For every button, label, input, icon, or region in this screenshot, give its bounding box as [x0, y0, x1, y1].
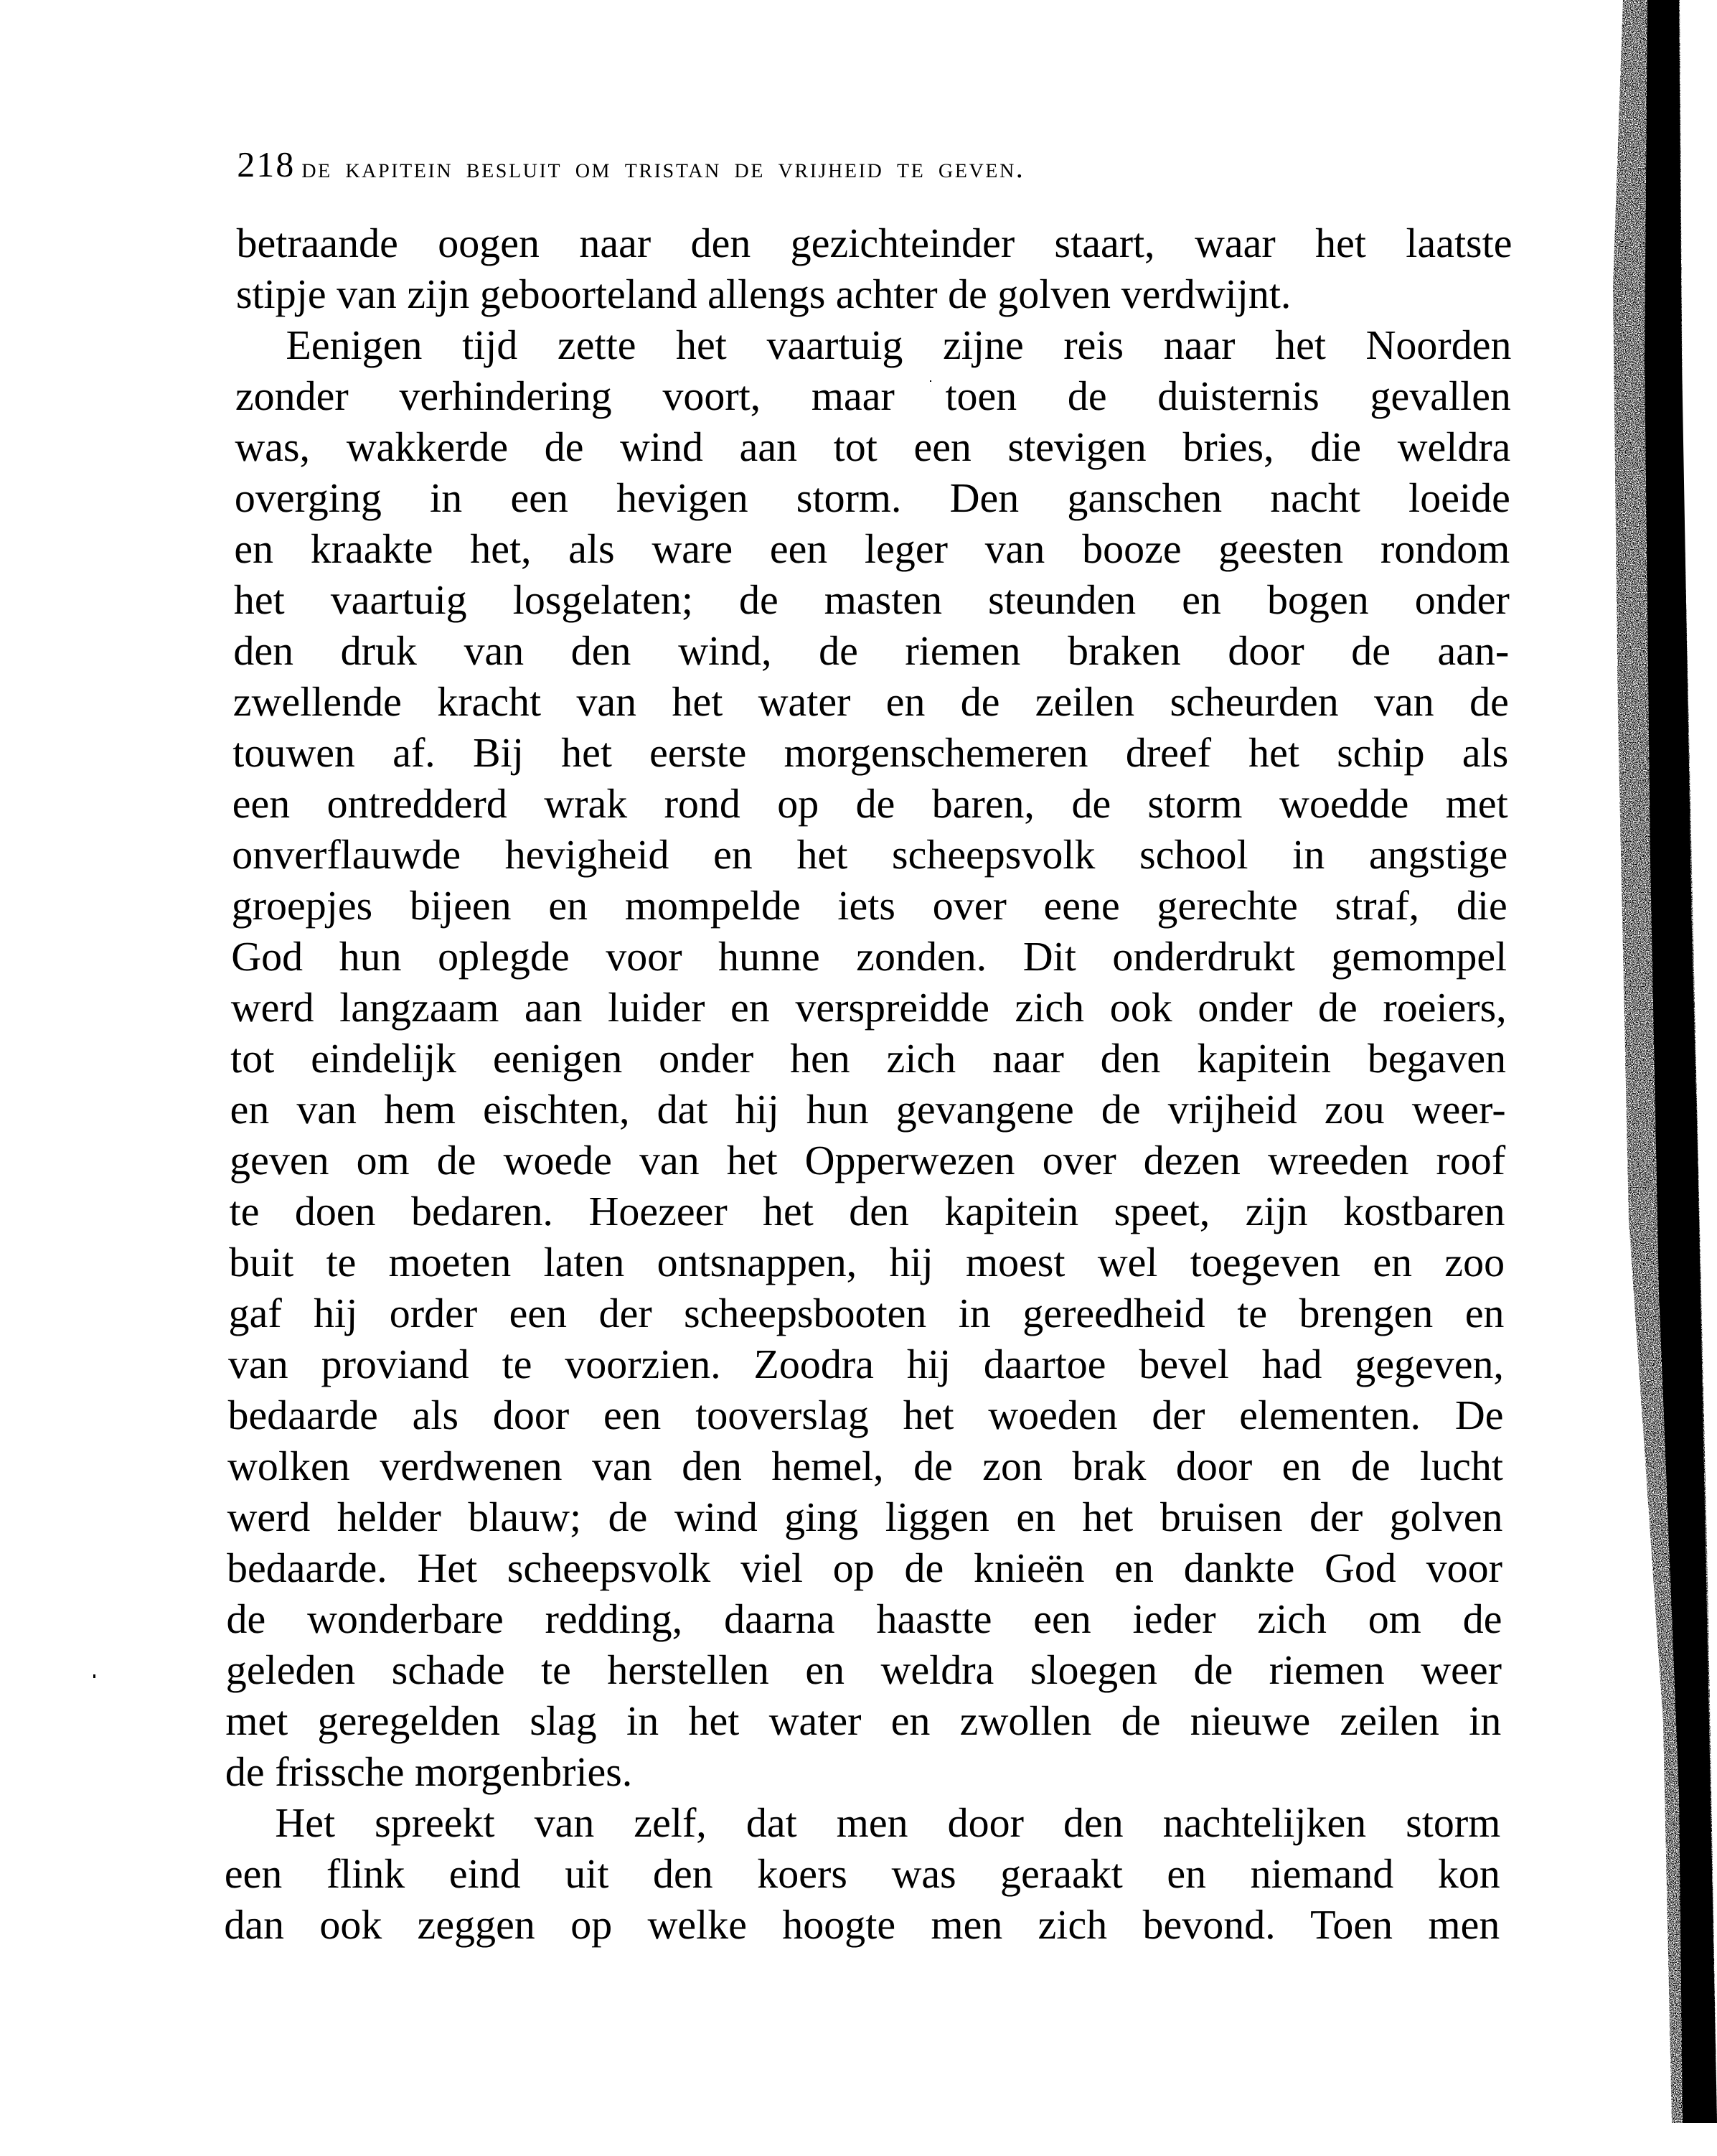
- text-line: en kraakte het, als ware een leger van b…: [234, 523, 1510, 574]
- text-line: overging in een hevigen storm. Den gansc…: [235, 472, 1511, 523]
- text-line: het vaartuig losgelaten; de masten steun…: [234, 574, 1510, 625]
- text-line: Het spreekt van zelf, dat men door den n…: [225, 1797, 1501, 1848]
- text-line: te doen bedaren. Hoezeer het den kapitei…: [229, 1186, 1505, 1237]
- body-text: betraande oogen naar den gezichteinder s…: [224, 217, 1513, 1950]
- text-line: zonder verhindering voort, maar toen de …: [235, 370, 1512, 421]
- page-number: 218: [237, 146, 295, 182]
- text-line: geven om de woede van het Opperwezen ove…: [230, 1135, 1506, 1186]
- text-line: den druk van den wind, de riemen braken …: [233, 625, 1510, 676]
- running-title: DE KAPITEIN BESLUIT OM TRISTAN DE VRIJHE…: [301, 154, 1025, 182]
- text-line: groepjes bijeen en mompelde iets over ee…: [231, 880, 1507, 931]
- running-head: 218 DE KAPITEIN BESLUIT OM TRISTAN DE VR…: [237, 144, 1513, 187]
- text-line: was, wakkerde de wind aan tot een stevig…: [235, 421, 1511, 472]
- text-line: een ontredderd wrak rond op de baren, de…: [232, 778, 1509, 829]
- text-line: dan ook zeggen op welke hoogte men zich …: [224, 1899, 1500, 1950]
- text-line: zwellende kracht van het water en de zei…: [233, 676, 1510, 727]
- text-line: en van hem eischten, dat hij hun gevange…: [230, 1084, 1506, 1135]
- text-line: bedaarde als door een tooverslag het woe…: [227, 1389, 1504, 1440]
- text-line: geleden schade te herstellen en weldra s…: [226, 1644, 1502, 1695]
- scan-speck: [93, 1674, 95, 1678]
- text-line: buit te moeten laten ontsnappen, hij moe…: [229, 1237, 1505, 1288]
- book-page: 218 DE KAPITEIN BESLUIT OM TRISTAN DE VR…: [0, 0, 1717, 2156]
- scan-speck: [930, 380, 931, 382]
- text-line: werd helder blauw; de wind ging liggen e…: [227, 1491, 1503, 1542]
- text-line: met geregelden slag in het water en zwol…: [225, 1695, 1502, 1746]
- text-line: God hun oplegde voor hunne zonden. Dit o…: [231, 931, 1507, 982]
- text-line: de frissche morgenbries.: [225, 1746, 1502, 1797]
- text-line: onverflauwde hevigheid en het scheepsvol…: [232, 829, 1508, 880]
- text-line: gaf hij order een der scheepsbooten in g…: [228, 1288, 1505, 1339]
- text-line: werd langzaam aan luider en verspreidde …: [230, 982, 1507, 1033]
- text-line: de wonderbare redding, daarna haastte ee…: [226, 1593, 1502, 1644]
- text-line: stipje van zijn geboorteland allengs ach…: [236, 268, 1513, 319]
- text-line: betraande oogen naar den gezichteinder s…: [236, 217, 1513, 268]
- page-edge-shadow: [1579, 0, 1717, 2156]
- text-line: Eenigen tijd zette het vaartuig zijne re…: [235, 319, 1512, 370]
- text-line: wolken verdwenen van den hemel, de zon b…: [227, 1440, 1504, 1491]
- text-line: tot eindelijk eenigen onder hen zich naa…: [230, 1033, 1507, 1084]
- text-line: een flink eind uit den koers was geraakt…: [225, 1848, 1501, 1899]
- text-line: bedaarde. Het scheepsvolk viel op de kni…: [227, 1542, 1503, 1593]
- text-line: touwen af. Bij het eerste morgenschemere…: [232, 727, 1509, 778]
- text-line: van proviand te voorzien. Zoodra hij daa…: [228, 1339, 1505, 1389]
